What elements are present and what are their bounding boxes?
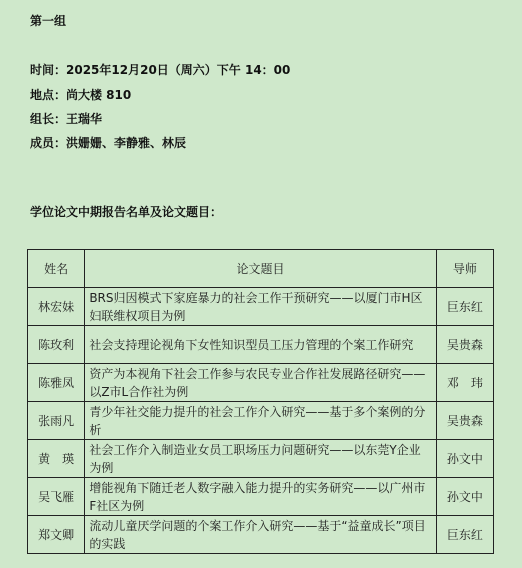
thesis-title: 青少年社交能力提升的社会工作介入研究——基于多个案例的分析 bbox=[85, 402, 436, 440]
advisor-name: 巨东红 bbox=[436, 516, 493, 554]
thesis-title: 增能视角下随迁老人数字融入能力提升的实务研究——以广州市F社区为例 bbox=[85, 478, 436, 516]
student-name: 郑文卿 bbox=[28, 516, 85, 554]
advisor-name: 吴贵森 bbox=[436, 326, 493, 364]
student-name: 吴飞雁 bbox=[28, 478, 85, 516]
student-name: 黄 瑛 bbox=[28, 440, 85, 478]
meeting-time: 时间：2025年12月20日（周六）下午 14：00 bbox=[30, 61, 290, 78]
student-name: 陈玫利 bbox=[28, 326, 85, 364]
thesis-table: 姓名 论文题目 导师 林宏妹 BRS归因模式下家庭暴力的社会工作干预研究——以厦… bbox=[27, 249, 494, 554]
student-name: 张雨凡 bbox=[28, 402, 85, 440]
group-leader: 组长：王瑞华 bbox=[30, 110, 102, 127]
header-name: 姓名 bbox=[28, 250, 85, 288]
header-advisor: 导师 bbox=[436, 250, 493, 288]
meeting-place: 地点：尚大楼 810 bbox=[30, 86, 131, 103]
table-row: 陈玫利 社会支持理论视角下女性知识型员工压力管理的个案工作研究 吴贵森 bbox=[28, 326, 494, 364]
table-row: 郑文卿 流动儿童厌学问题的个案工作介入研究——基于“益童成长”项目的实践 巨东红 bbox=[28, 516, 494, 554]
table-row: 陈雅凤 资产为本视角下社会工作参与农民专业合作社发展路径研究——以Z市L合作社为… bbox=[28, 364, 494, 402]
thesis-title: 资产为本视角下社会工作参与农民专业合作社发展路径研究——以Z市L合作社为例 bbox=[85, 364, 436, 402]
advisor-name: 孙文中 bbox=[436, 440, 493, 478]
group-members: 成员：洪姗姗、李静雅、林辰 bbox=[30, 134, 186, 151]
advisor-name: 孙文中 bbox=[436, 478, 493, 516]
thesis-title: BRS归因模式下家庭暴力的社会工作干预研究——以厦门市H区妇联维权项目为例 bbox=[85, 288, 436, 326]
table-row: 林宏妹 BRS归因模式下家庭暴力的社会工作干预研究——以厦门市H区妇联维权项目为… bbox=[28, 288, 494, 326]
group-title: 第一组 bbox=[30, 12, 66, 29]
advisor-name: 吴贵森 bbox=[436, 402, 493, 440]
student-name: 林宏妹 bbox=[28, 288, 85, 326]
advisor-name: 邓 玮 bbox=[436, 364, 493, 402]
table-row: 张雨凡 青少年社交能力提升的社会工作介入研究——基于多个案例的分析 吴贵森 bbox=[28, 402, 494, 440]
table-row: 黄 瑛 社会工作介入制造业女员工职场压力问题研究——以东莞Y企业为例 孙文中 bbox=[28, 440, 494, 478]
table-row: 吴飞雁 增能视角下随迁老人数字融入能力提升的实务研究——以广州市F社区为例 孙文… bbox=[28, 478, 494, 516]
thesis-title: 流动儿童厌学问题的个案工作介入研究——基于“益童成长”项目的实践 bbox=[85, 516, 436, 554]
student-name: 陈雅凤 bbox=[28, 364, 85, 402]
header-title: 论文题目 bbox=[85, 250, 436, 288]
table-header-row: 姓名 论文题目 导师 bbox=[28, 250, 494, 288]
thesis-title: 社会支持理论视角下女性知识型员工压力管理的个案工作研究 bbox=[85, 326, 436, 364]
advisor-name: 巨东红 bbox=[436, 288, 493, 326]
section-title: 学位论文中期报告名单及论文题目： bbox=[30, 203, 222, 220]
thesis-title: 社会工作介入制造业女员工职场压力问题研究——以东莞Y企业为例 bbox=[85, 440, 436, 478]
